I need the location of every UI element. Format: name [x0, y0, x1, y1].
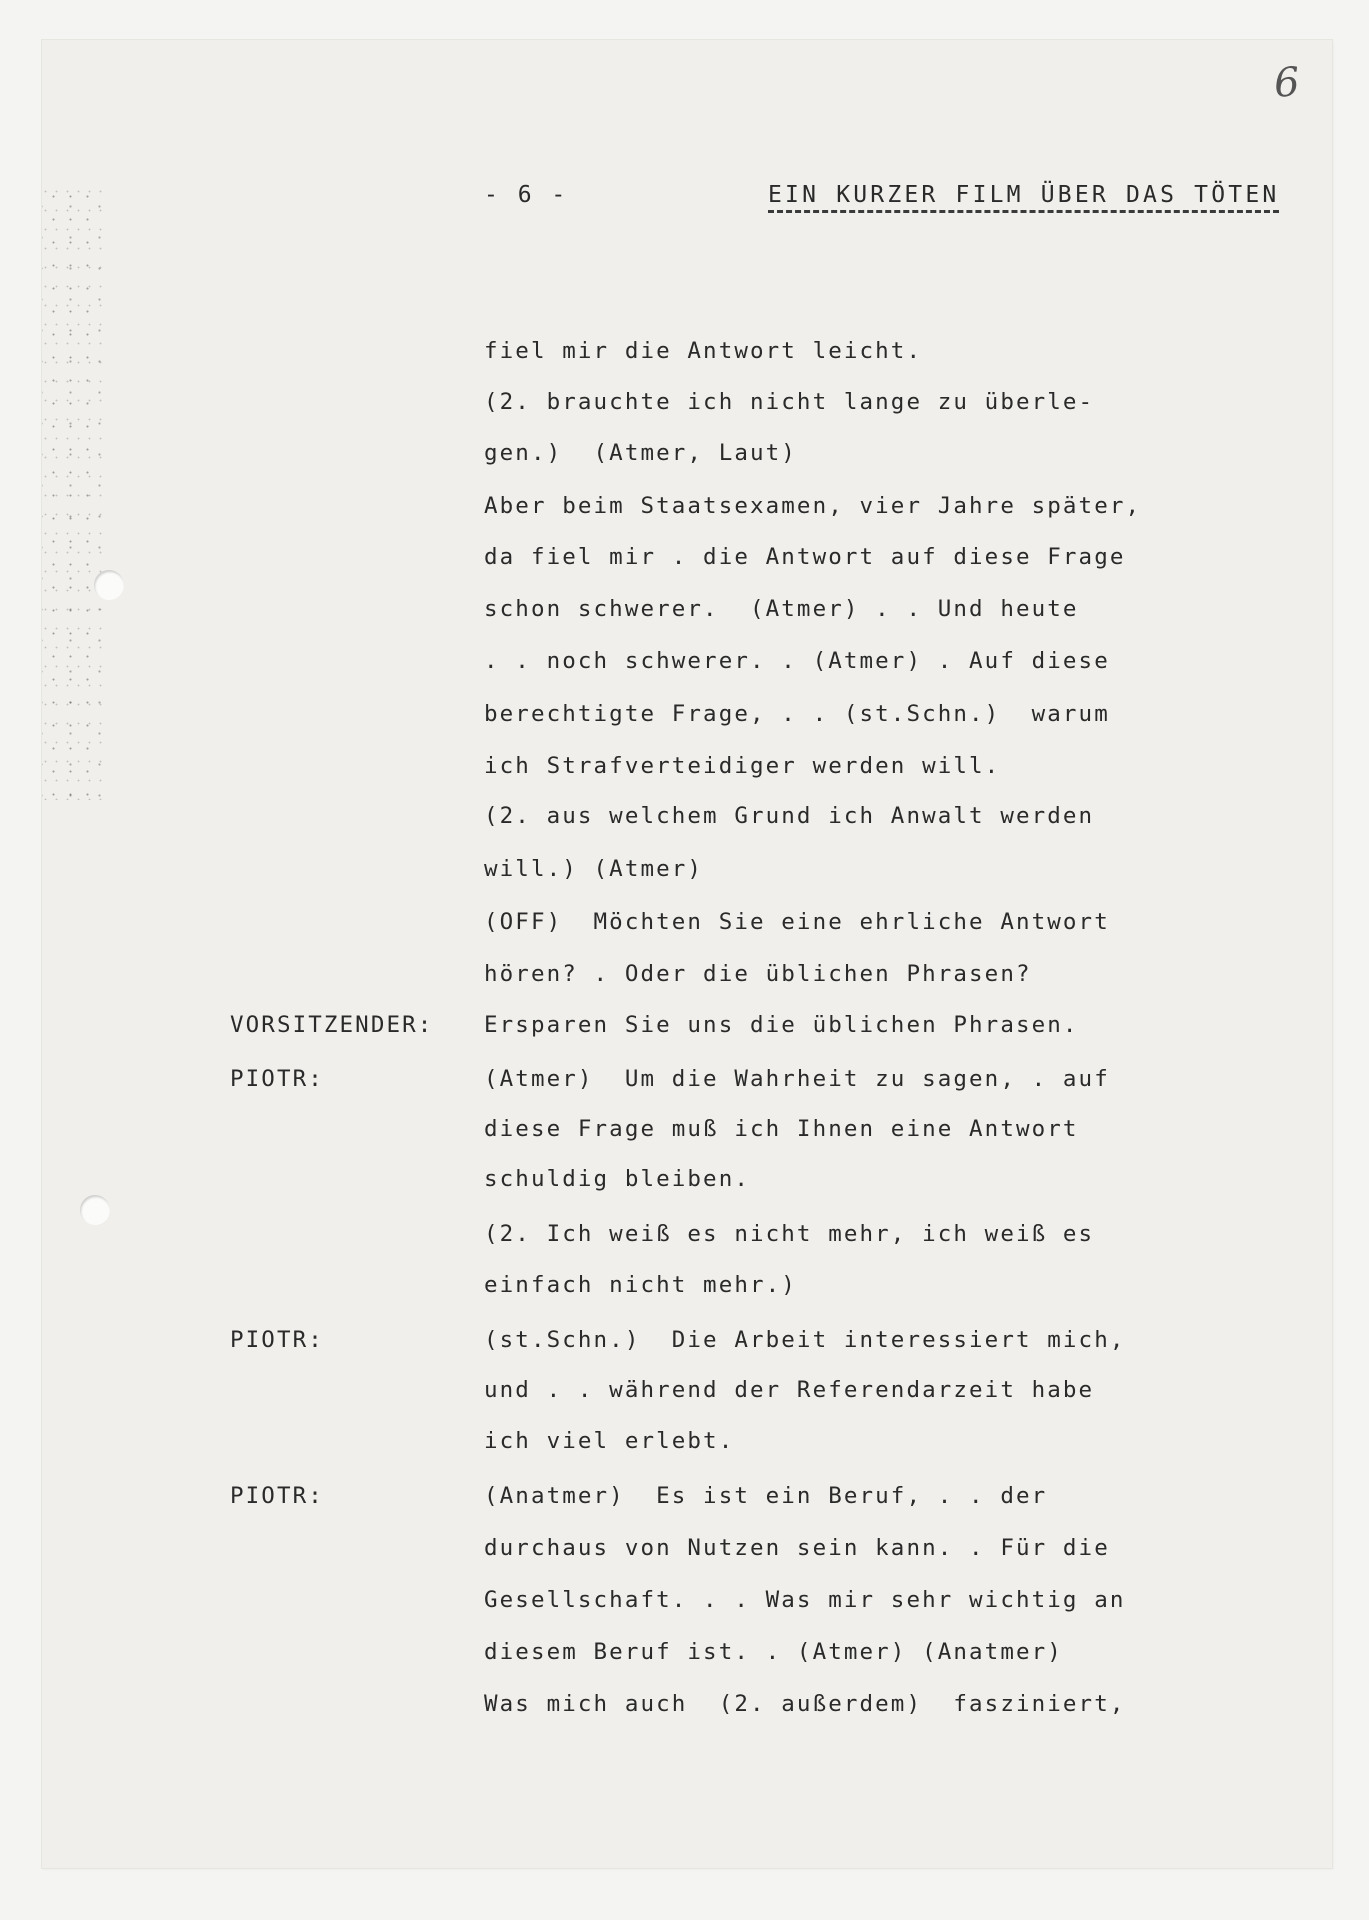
dialogue-line: hören? . Oder die üblichen Phrasen? [484, 963, 1032, 986]
dialogue-line: berechtigte Frage, . . (st.Schn.) warum [484, 703, 1110, 726]
punch-hole-bottom [80, 1195, 110, 1225]
dialogue-line: (Atmer) Um die Wahrheit zu sagen, . auf [484, 1068, 1110, 1091]
dialogue-line: einfach nicht mehr.) [484, 1274, 797, 1297]
dialogue-line: Aber beim Staatsexamen, vier Jahre späte… [484, 495, 1141, 518]
punch-hole-top [94, 570, 124, 600]
dialogue-line: durchaus von Nutzen sein kann. . Für die [484, 1537, 1110, 1560]
handwritten-page-number: 6 [1272, 59, 1301, 107]
document-title: EIN KURZER FILM ÜBER DAS TÖTEN [768, 182, 1279, 213]
dialogue-line: schuldig bleiben. [484, 1168, 750, 1191]
dialogue-line: ich Strafverteidiger werden will. [484, 755, 1000, 778]
dialogue-line: fiel mir die Antwort leicht. [484, 340, 922, 363]
page-number: - 6 - [484, 182, 568, 208]
dialogue-line: (2. Ich weiß es nicht mehr, ich weiß es [484, 1223, 1094, 1246]
dialogue-line: (2. brauchte ich nicht lange zu überle- [484, 391, 1094, 414]
document-page: 6 - 6 - EIN KURZER FILM ÜBER DAS TÖTEN f… [42, 40, 1332, 1868]
dialogue-line: (2. aus welchem Grund ich Anwalt werden [484, 805, 1094, 828]
speaker-label: PIOTR: [230, 1485, 324, 1508]
dialogue-line: (Anatmer) Es ist ein Beruf, . . der [484, 1485, 1047, 1508]
dialogue-line: und . . während der Referendarzeit habe [484, 1379, 1094, 1402]
dialogue-line: (st.Schn.) Die Arbeit interessiert mich, [484, 1329, 1126, 1352]
speaker-label: PIOTR: [230, 1068, 324, 1091]
dialogue-line: diesem Beruf ist. . (Atmer) (Anatmer) [484, 1641, 1063, 1664]
dialogue-line: gen.) (Atmer, Laut) [484, 442, 797, 465]
dialogue-line: Was mich auch (2. außerdem) fasziniert, [484, 1693, 1126, 1716]
dialogue-line: will.) (Atmer) [484, 858, 703, 881]
dialogue-line: ich viel erlebt. [484, 1430, 734, 1453]
dialogue-line: Ersparen Sie uns die üblichen Phrasen. [484, 1014, 1079, 1037]
dialogue-line: schon schwerer. (Atmer) . . Und heute [484, 598, 1079, 621]
speaker-label: PIOTR: [230, 1329, 324, 1352]
dialogue-line: diese Frage muß ich Ihnen eine Antwort [484, 1118, 1079, 1141]
dialogue-line: da fiel mir . die Antwort auf diese Frag… [484, 546, 1126, 569]
dialogue-line: Gesellschaft. . . Was mir sehr wichtig a… [484, 1589, 1126, 1612]
scan-speckle-strip [42, 180, 102, 800]
speaker-label: VORSITZENDER: [230, 1014, 433, 1037]
dialogue-line: . . noch schwerer. . (Atmer) . Auf diese [484, 650, 1110, 673]
dialogue-line: (OFF) Möchten Sie eine ehrliche Antwort [484, 911, 1110, 934]
